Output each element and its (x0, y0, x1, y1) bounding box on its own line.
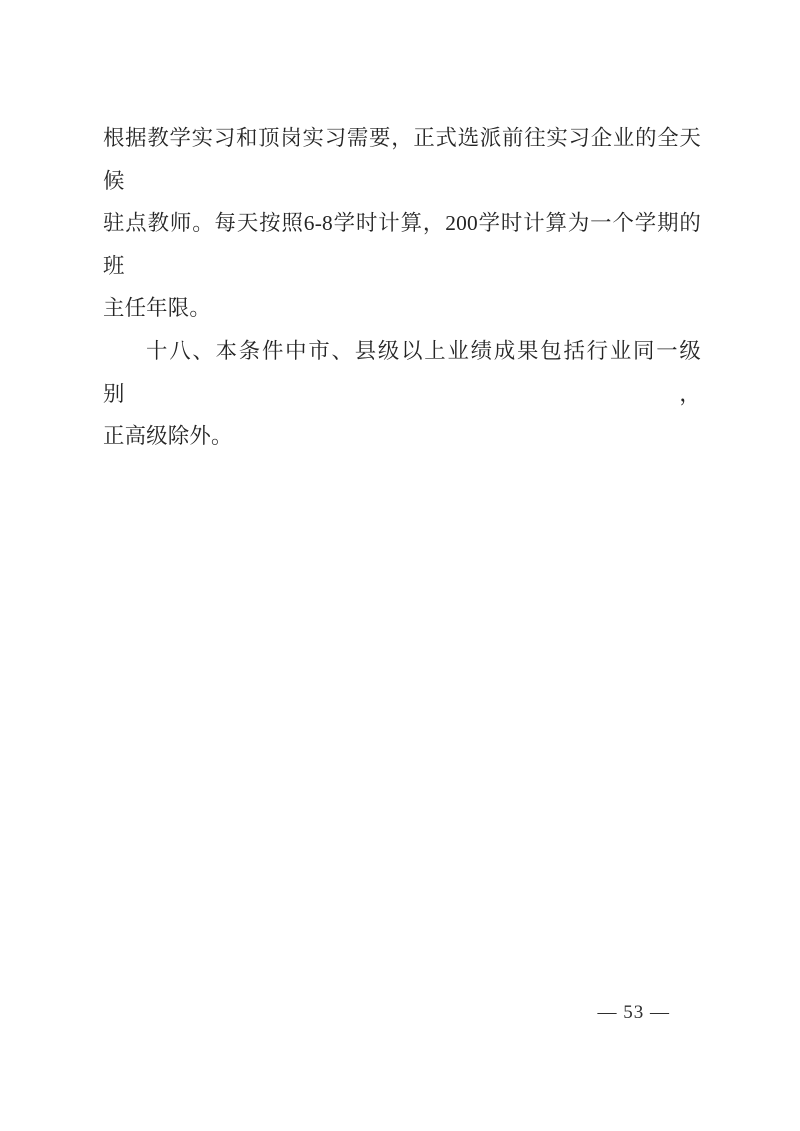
document-page: 根据教学实习和顶岗实习需要，正式选派前往实习企业的全天候 驻点教师。每天按照6-… (0, 0, 800, 1131)
paragraph-1-line-3: 主任年限。 (103, 287, 701, 330)
body-text: 根据教学实习和顶岗实习需要，正式选派前往实习企业的全天候 驻点教师。每天按照6-… (103, 117, 701, 458)
paragraph-1-line-1: 根据教学实习和顶岗实习需要，正式选派前往实习企业的全天候 (103, 117, 701, 202)
paragraph-2-line-2: 正高级除外。 (103, 415, 701, 458)
page-number: — 53 — (598, 1001, 671, 1025)
paragraph-1-line-2: 驻点教师。每天按照6-8学时计算，200学时计算为一个学期的班 (103, 202, 701, 287)
paragraph-2-line-1: 十八、本条件中市、县级以上业绩成果包括行业同一级别， (103, 330, 701, 415)
